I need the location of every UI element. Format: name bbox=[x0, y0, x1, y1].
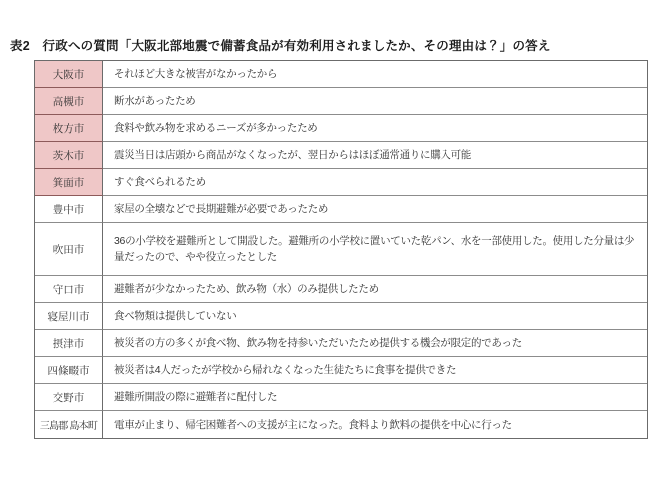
answer-cell: 電車が止まり、帰宅困難者への支援が主になった。食料より飲料の提供を中心に行った bbox=[103, 411, 647, 438]
answer-cell: 避難所開設の際に避難者に配付した bbox=[103, 384, 647, 411]
answer-cell: 震災当日は店頭から商品がなくなったが、翌日からはほぼ通常通りに購入可能 bbox=[103, 142, 647, 169]
table-row: 吹田市 36の小学校を避難所として開設した。避難所の小学校に置いていた乾パン、水… bbox=[35, 223, 647, 276]
city-cell: 茨木市 bbox=[35, 142, 103, 169]
answer-cell: それほど大きな被害がなかったから bbox=[103, 61, 647, 88]
table-row: 交野市 避難所開設の際に避難者に配付した bbox=[35, 384, 647, 411]
answer-cell: 被災者の方の多くが食べ物、飲み物を持参いただいたため提供する機会が限定的であった bbox=[103, 330, 647, 357]
table-row: 豊中市 家屋の全壊などで長期避難が必要であったため bbox=[35, 196, 647, 223]
page-title: 表2 行政への質問「大阪北部地震で備蓄食品が有効利用されましたか、その理由は？」… bbox=[10, 36, 551, 54]
city-cell: 豊中市 bbox=[35, 196, 103, 223]
city-cell: 守口市 bbox=[35, 276, 103, 303]
table-row: 三島郡 島本町 電車が止まり、帰宅困難者への支援が主になった。食料より飲料の提供… bbox=[35, 411, 647, 438]
answer-cell: 被災者は4人だったが学校から帰れなくなった生徒たちに食事を提供できた bbox=[103, 357, 647, 384]
table-row: 寝屋川市 食べ物類は提供していない bbox=[35, 303, 647, 330]
city-cell: 大阪市 bbox=[35, 61, 103, 88]
city-cell: 三島郡 島本町 bbox=[35, 411, 103, 438]
answer-cell: 食べ物類は提供していない bbox=[103, 303, 647, 330]
table-row: 高槻市 断水があったため bbox=[35, 88, 647, 115]
city-cell: 寝屋川市 bbox=[35, 303, 103, 330]
table-row: 枚方市 食料や飲み物を求めるニーズが多かったため bbox=[35, 115, 647, 142]
city-cell: 交野市 bbox=[35, 384, 103, 411]
city-cell: 枚方市 bbox=[35, 115, 103, 142]
table-row: 大阪市 それほど大きな被害がなかったから bbox=[35, 61, 647, 88]
answer-cell: 36の小学校を避難所として開設した。避難所の小学校に置いていた乾パン、水を一部使… bbox=[103, 223, 647, 276]
city-cell: 高槻市 bbox=[35, 88, 103, 115]
answer-cell: 断水があったため bbox=[103, 88, 647, 115]
city-cell: 四條畷市 bbox=[35, 357, 103, 384]
table-row: 守口市 避難者が少なかったため、飲み物（水）のみ提供したため bbox=[35, 276, 647, 303]
city-cell: 箕面市 bbox=[35, 169, 103, 196]
answer-cell: 家屋の全壊などで長期避難が必要であったため bbox=[103, 196, 647, 223]
table-row: 茨木市 震災当日は店頭から商品がなくなったが、翌日からはほぼ通常通りに購入可能 bbox=[35, 142, 647, 169]
city-cell: 吹田市 bbox=[35, 223, 103, 276]
answer-cell: 食料や飲み物を求めるニーズが多かったため bbox=[103, 115, 647, 142]
answer-cell: すぐ食べられるため bbox=[103, 169, 647, 196]
table-row: 摂津市 被災者の方の多くが食べ物、飲み物を持参いただいたため提供する機会が限定的… bbox=[35, 330, 647, 357]
table-row: 箕面市 すぐ食べられるため bbox=[35, 169, 647, 196]
city-cell: 摂津市 bbox=[35, 330, 103, 357]
answers-table: 大阪市 それほど大きな被害がなかったから 高槻市 断水があったため 枚方市 食料… bbox=[34, 60, 648, 439]
answer-cell: 避難者が少なかったため、飲み物（水）のみ提供したため bbox=[103, 276, 647, 303]
table-row: 四條畷市 被災者は4人だったが学校から帰れなくなった生徒たちに食事を提供できた bbox=[35, 357, 647, 384]
